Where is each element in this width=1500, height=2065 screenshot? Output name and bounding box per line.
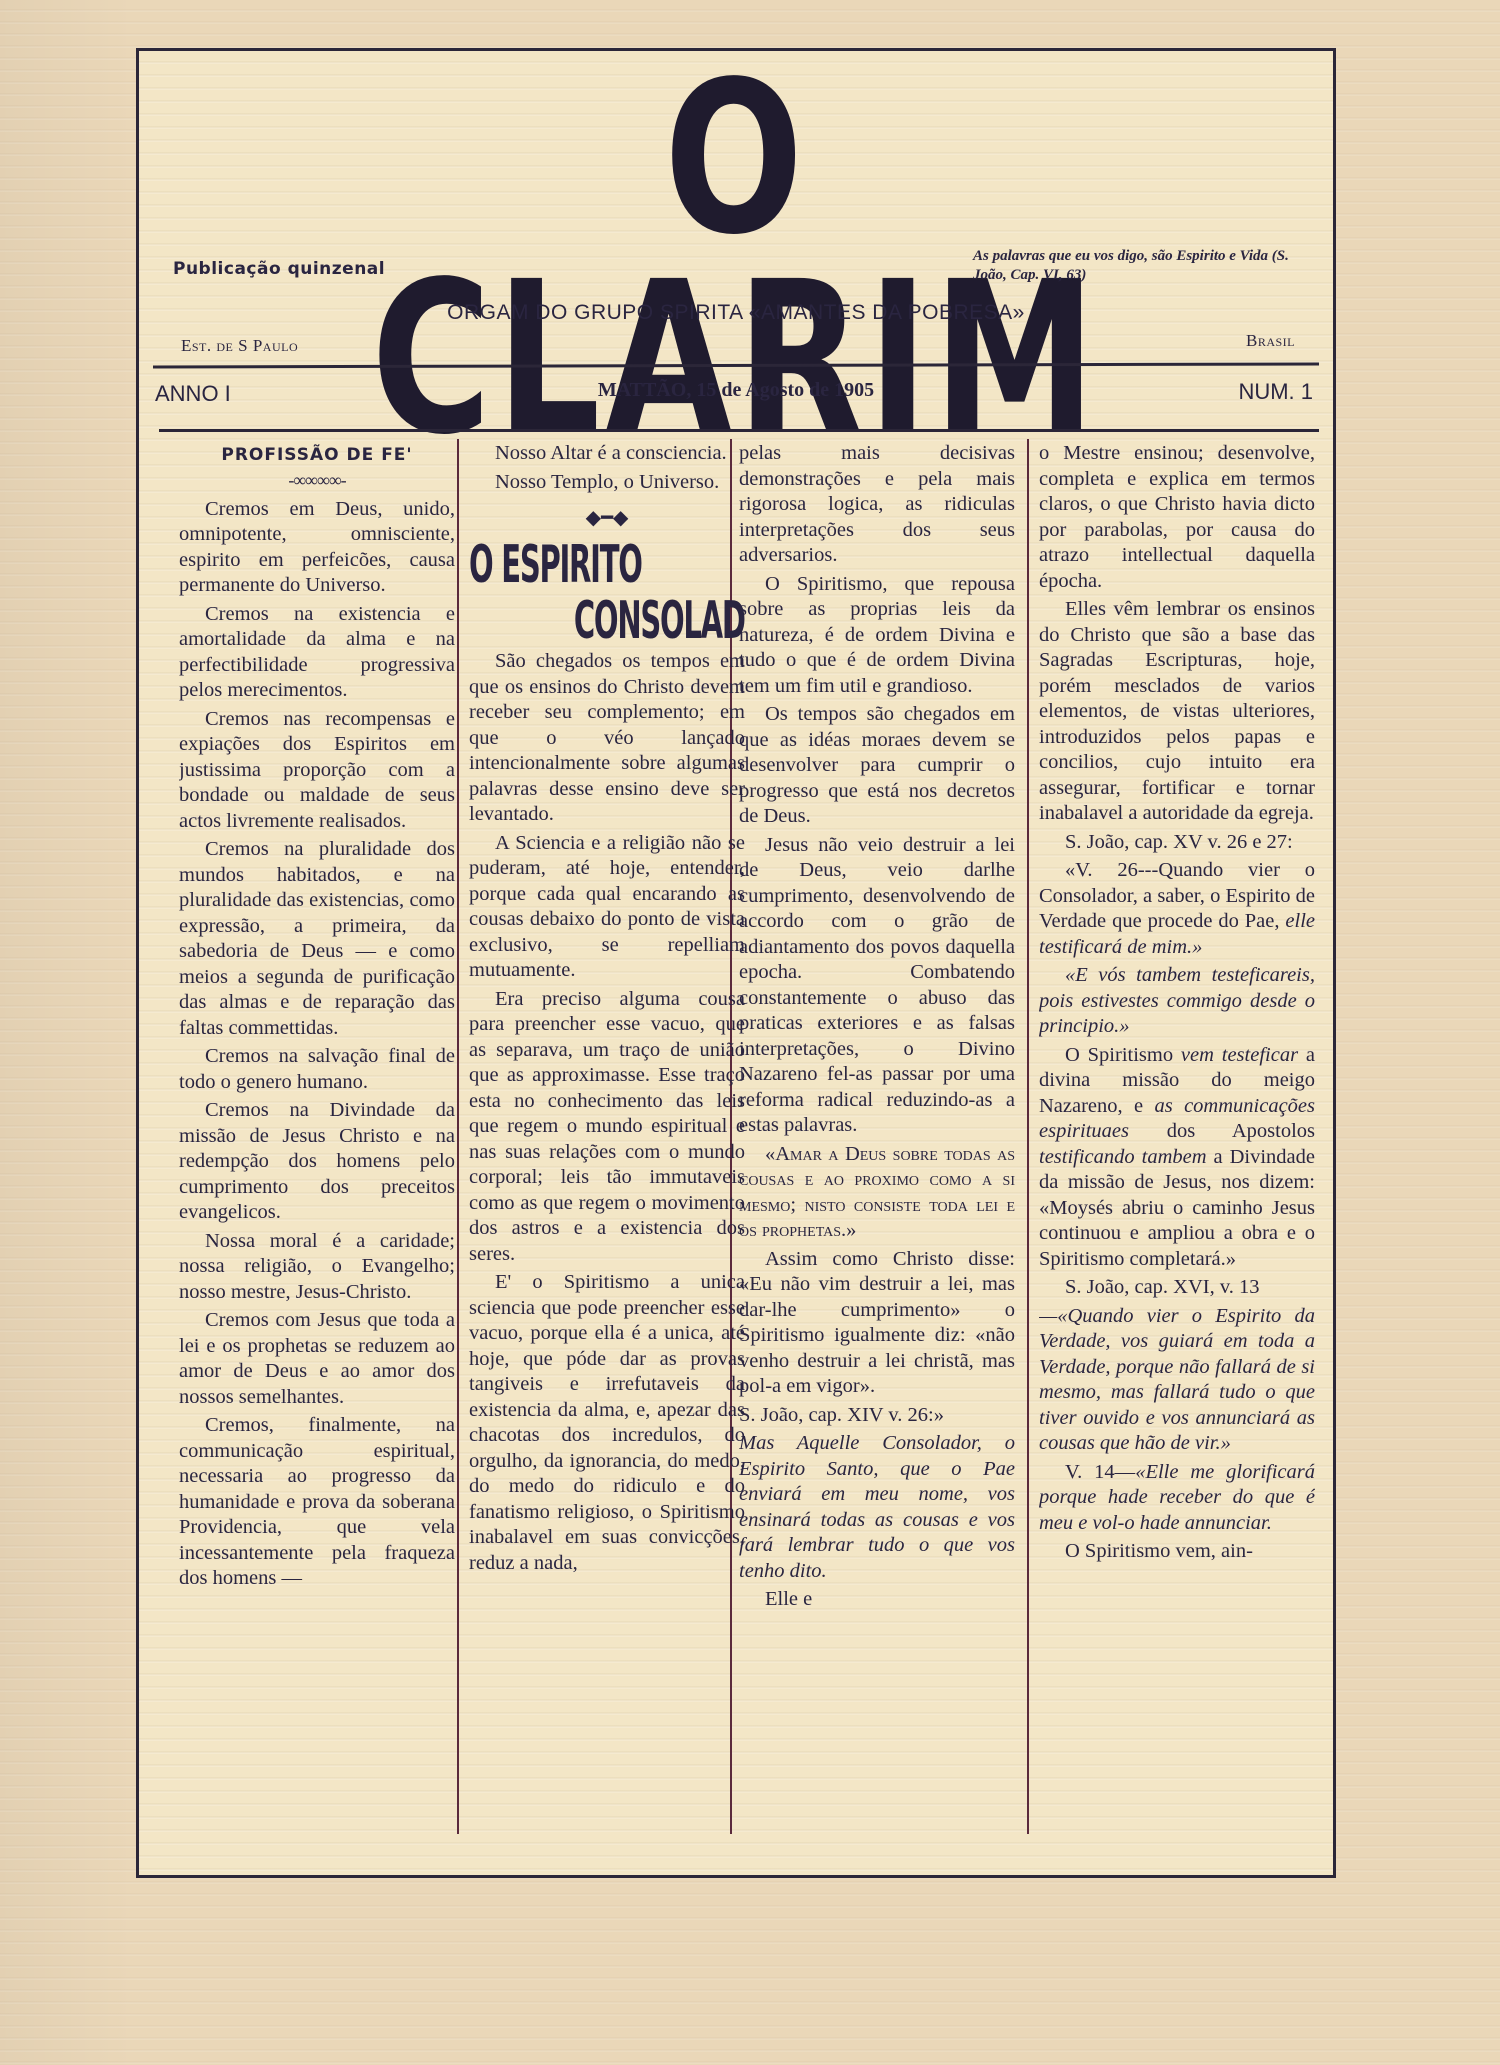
column-2: Nosso Altar é a consciencia. Nosso Templ… <box>469 441 745 1861</box>
text-run: O Spiritismo <box>1065 1044 1181 1066</box>
paragraph-verse-27: «E vós tambem testeficareis, pois estive… <box>1039 963 1315 1040</box>
paragraph: Cremos com Jesus que toda a lei e os pro… <box>179 1308 455 1410</box>
state-label: Est. de S Paulo <box>181 336 298 356</box>
paragraph: Jesus não veio destruir a lei de Deus, v… <box>739 833 1015 1139</box>
paragraph: Nosso Altar é a consciencia. <box>469 441 745 467</box>
article-heading-line1: O ESPIRITO <box>469 537 640 593</box>
paragraph-spiritismo: O Spiritismo vem testeficar a divina mis… <box>1039 1043 1315 1273</box>
paragraph: Elle e <box>739 1587 1015 1613</box>
text-run-italic: testificando tambem <box>1039 1146 1207 1168</box>
paragraph: Cremos, finalmente, na communicação espi… <box>179 1413 455 1592</box>
dateline: MATTÃO, 15 de Agosto de 1905 <box>139 379 1333 402</box>
country-label: Brasil <box>1246 331 1295 351</box>
paragraph: Cremos na pluralidade dos mundos habitad… <box>179 837 455 1041</box>
page-edge-shadow <box>0 0 136 2065</box>
publication-frequency: Publicação quinzenal <box>173 259 385 279</box>
paragraph: A Sciencia e a religião não se puderam, … <box>469 831 745 984</box>
verse-13-italic: —«Quando vier o Espirito da Verdade, vos… <box>1039 1305 1315 1455</box>
italic-quote-text: Mas Aquelle Consolador, o Espirito Santo… <box>739 1432 1015 1582</box>
article-heading-profissao: PROFISSÃO DE FE' <box>179 443 455 469</box>
paragraph: São chegados os tempos em que os ensinos… <box>469 649 745 828</box>
paragraph-verse-13: —«Quando vier o Espirito da Verdade, vos… <box>1039 1304 1315 1457</box>
organ-subtitle: ORGAM DO GRUPO SPIRITA «AMANTES DA POBRE… <box>139 301 1333 325</box>
paragraph-verse-26: «V. 26---Quando vier o Consolador, a sab… <box>1039 858 1315 960</box>
newspaper-page: O CLARIM Publicação quinzenal As palavra… <box>136 48 1336 1878</box>
verse-14-label: V. 14— <box>1065 1461 1135 1483</box>
verse-26-text: «V. 26---Quando vier o Consolador, a sab… <box>1039 859 1315 932</box>
column-4: o Mestre ensinou; desenvolve, completa e… <box>1039 441 1315 1861</box>
verse-27-italic: «E vós tambem testeficareis, pois estive… <box>1039 964 1315 1037</box>
citation: S. João, cap. XVI, v. 13 <box>1039 1275 1315 1301</box>
paragraph: Cremos na Divindade da missão de Jesus C… <box>179 1098 455 1226</box>
column-divider <box>457 439 459 1834</box>
ornament-diamond-icon: ◆━◆ <box>469 507 745 529</box>
paragraph: O Spiritismo vem, ain- <box>1039 1539 1315 1565</box>
paragraph: Era preciso alguma cousa para preencher … <box>469 987 745 1268</box>
paragraph: Os tempos são chegados em que as idéas m… <box>739 702 1015 830</box>
paragraph: Cremos em Deus, unido, omnipotente, omni… <box>179 497 455 599</box>
paragraph: Cremos na salvação final de todo o gener… <box>179 1044 455 1095</box>
italic-quote: Mas Aquelle Consolador, o Espirito Santo… <box>739 1431 1015 1584</box>
paragraph-verse-14: V. 14—«Elle me glorificará porque hade r… <box>1039 1460 1315 1537</box>
paragraph: O Spiritismo, que repousa sobre as propr… <box>739 572 1015 700</box>
citation: S. João, cap. XV v. 26 e 27: <box>1039 830 1315 856</box>
issue-number: NUM. 1 <box>1238 379 1313 405</box>
block-quote: «Amar a Deus sobre todas as cousas e ao … <box>739 1142 1015 1244</box>
paragraph: E' o Spiritismo a unica sciencia que pod… <box>469 1270 745 1576</box>
paragraph: Elles vêm lembrar os ensinos do Christo … <box>1039 597 1315 827</box>
text-run: dos Apostolos <box>1129 1120 1315 1142</box>
paragraph: Assim como Christo disse: «Eu não vim de… <box>739 1247 1015 1400</box>
paragraph: pelas mais decisivas demonstrações e pel… <box>739 441 1015 569</box>
paragraph: Cremos na existencia e amortalidade da a… <box>179 602 455 704</box>
paragraph: o Mestre ensinou; desenvolve, completa e… <box>1039 441 1315 594</box>
column-3: pelas mais decisivas demonstrações e pel… <box>739 441 1015 1861</box>
motto: As palavras que eu vos digo, são Espirit… <box>973 247 1303 285</box>
article-heading-line2: CONSOLADOR <box>574 593 745 649</box>
citation: S. João, cap. XIV v. 26:» <box>739 1403 1015 1429</box>
column-divider <box>1027 439 1029 1834</box>
header-rule-bottom <box>159 429 1319 432</box>
column-1: PROFISSÃO DE FE' -∞∞∞∞- Cremos em Deus, … <box>179 441 455 1861</box>
paragraph: Nosso Templo, o Universo. <box>469 470 745 496</box>
text-run-italic: vem testeficar <box>1181 1044 1298 1066</box>
paragraph: Nossa moral é a caridade; nossa religião… <box>179 1229 455 1306</box>
ornament-icon: -∞∞∞∞- <box>179 471 455 489</box>
paragraph: Cremos nas recompensas e expiações dos E… <box>179 707 455 835</box>
